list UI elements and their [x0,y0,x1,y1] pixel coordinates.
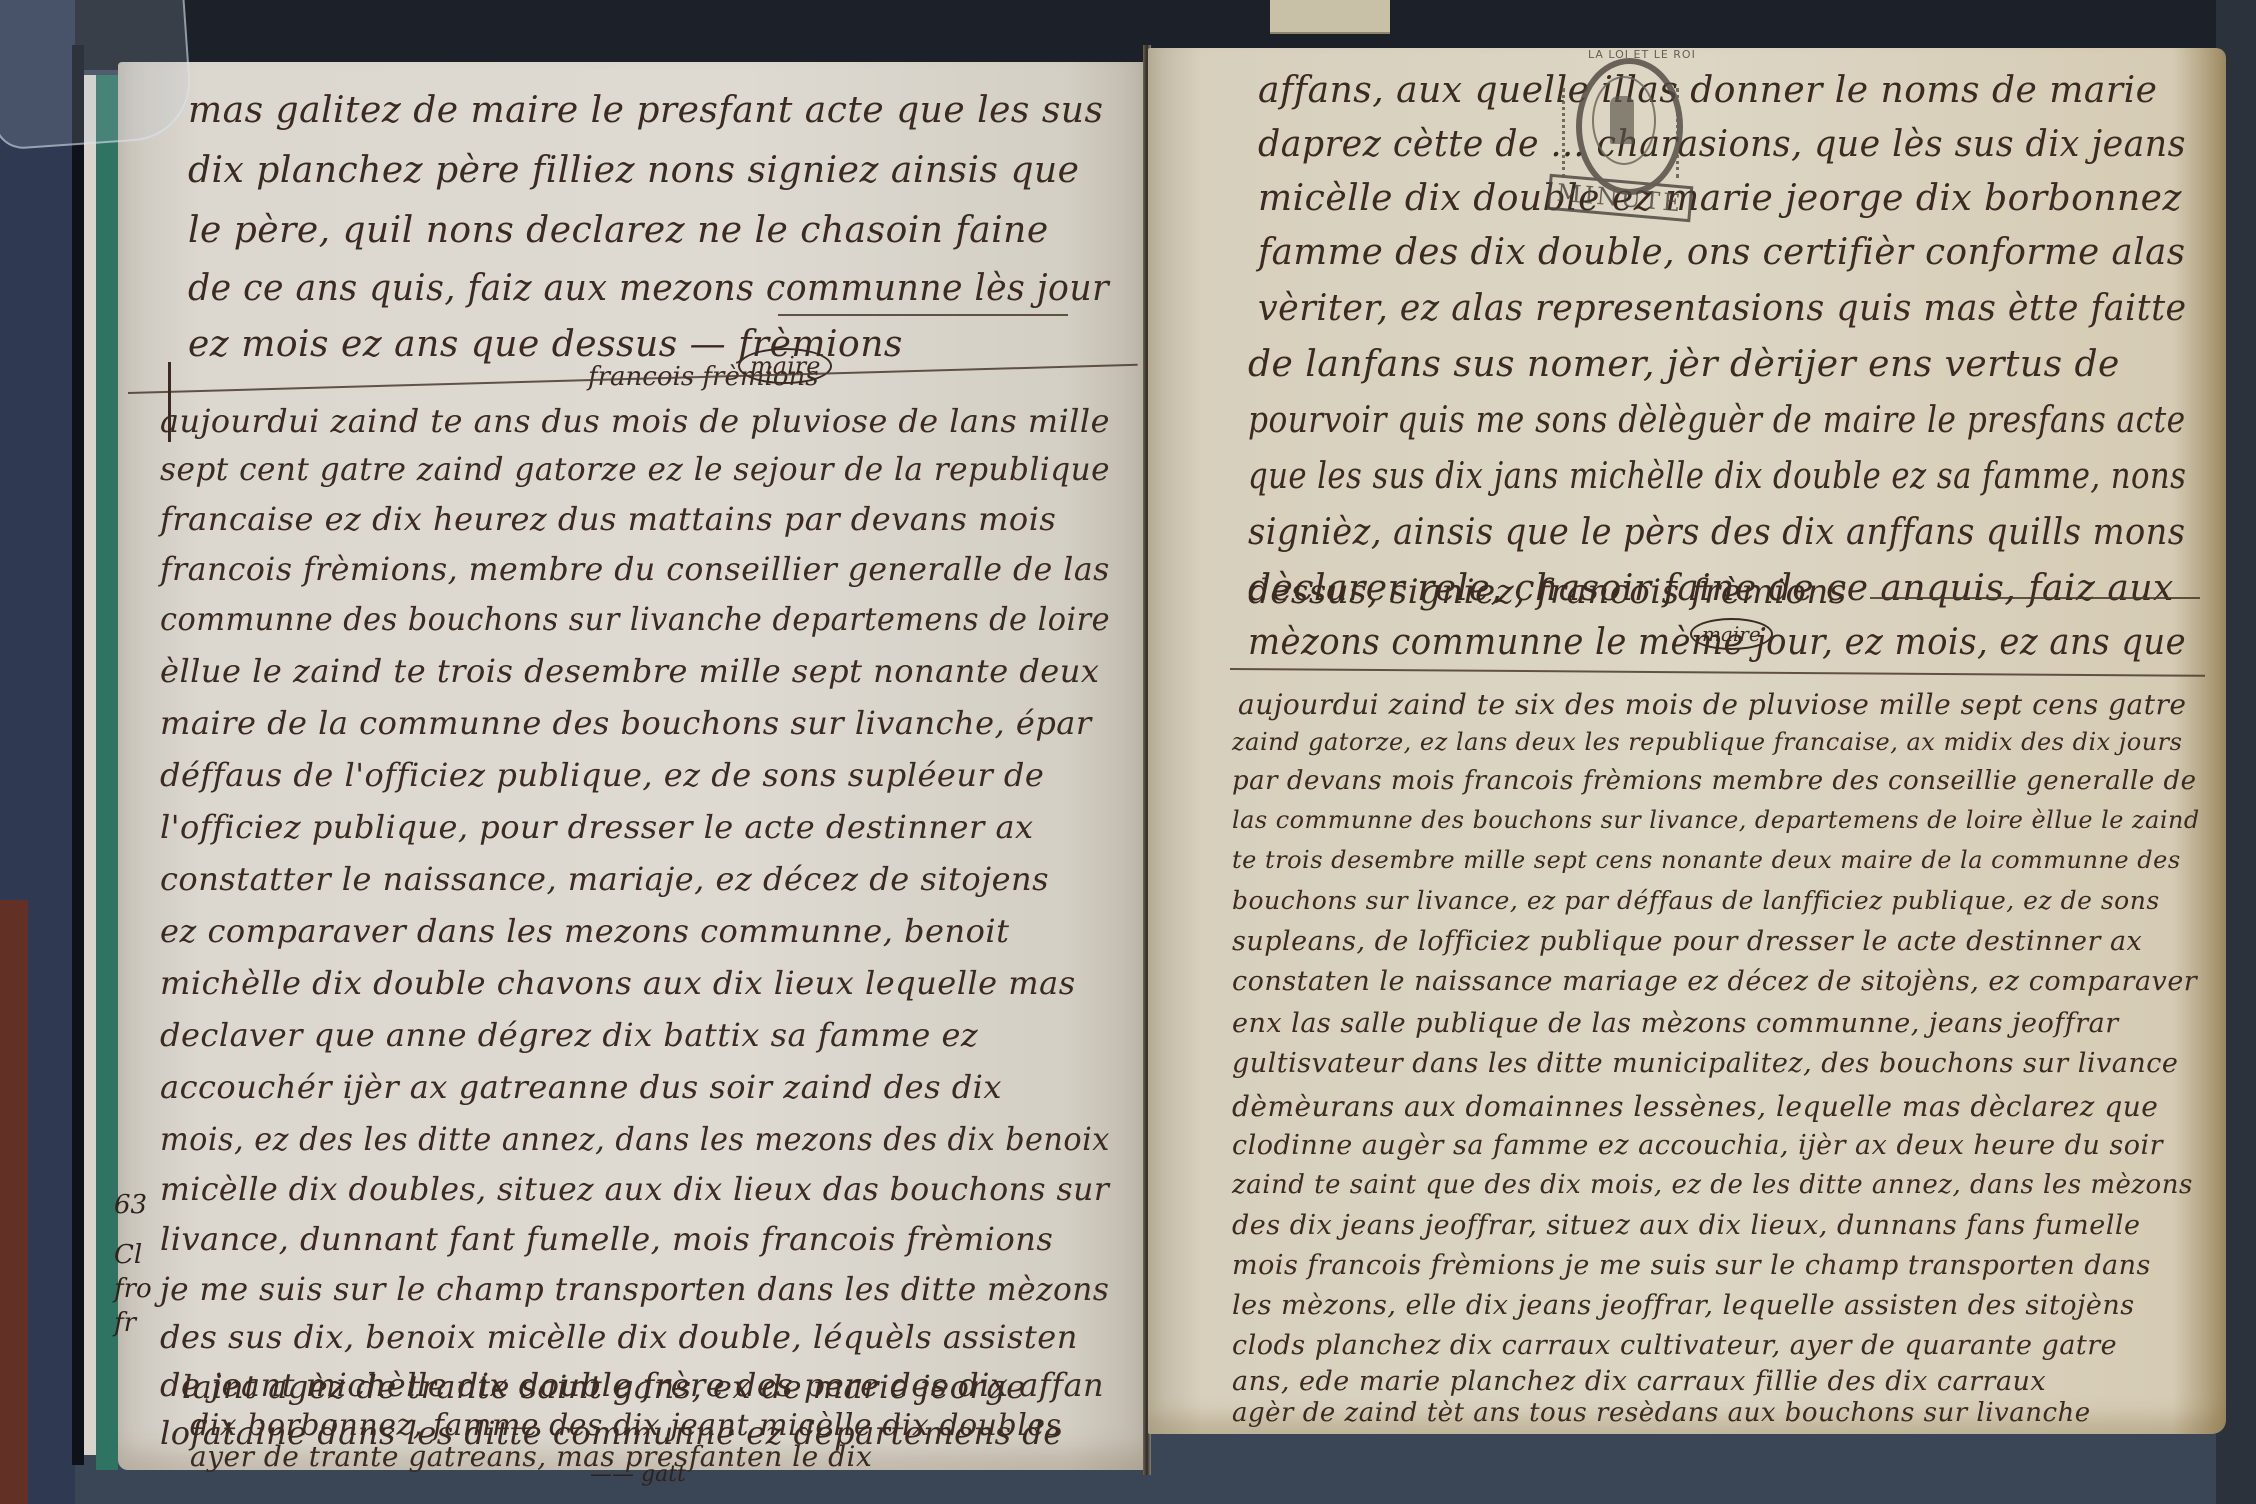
text-line: dix borbonnez, famme des dix jeant micèl… [190,1408,1061,1443]
text-line: constaten le naissance mariage ez décez … [1232,966,2197,997]
text-line: bouchons sur livance, ez par déffaus de … [1232,886,2160,915]
board-edge [72,45,84,1465]
text-line: zaind te saint que des dix mois, ez de l… [1232,1170,2193,1200]
text-line: signièz, ainsis que le pèrs des dix anff… [1248,512,2186,553]
text-line: pourvoir quis me sons dèlèguèr de maire … [1248,400,2186,441]
text-line: las communne des bouchons sur livance, d… [1232,806,2200,834]
official-stamp: LA LOI ET LE ROI MINUTE [1548,48,1698,223]
text-line: micèlle dix double ez marie jeorge dix b… [1258,178,2182,219]
text-line: supleans, de lofficiez publique pour dre… [1232,926,2142,957]
cover-board-red-edge [0,900,28,1504]
divider-line [1870,597,2200,599]
text-line: dessus, signiez, francois frèmions [1248,572,1847,612]
left-page-continuation [118,62,1150,1470]
text-line: les mèzons, elle dix jeans jeoffrar, leq… [1232,1290,2135,1321]
text-line: aujourdui zaind te six des mois de pluvi… [1238,688,2186,721]
text-line: de lanfans sus nomer, jèr dèrijer ens ve… [1248,344,2120,385]
text-line: ayer de trante gatreans, mas presfanten … [190,1440,872,1473]
seated-figure-icon [1610,96,1634,144]
plastic-page-clip [0,0,194,151]
stamp-label: MINUTE [1547,174,1694,222]
text-line: dèmèurans aux domainnes lessènes, lequel… [1232,1090,2158,1123]
text-line: vèriter, ez alas representasions quis ma… [1258,288,2187,329]
text-line: te trois desembre mille sept cens nonant… [1232,846,2181,874]
bottom-edge-fragment: —— gatt [590,1462,686,1487]
text-line: ans, ede marie planchez dix carraux fill… [1232,1366,2046,1397]
text-line: agèr de zaind tèt ans tous resèdans aux … [1232,1398,2091,1428]
text-line: que les sus dix jans michèlle dix double… [1248,456,2186,497]
text-line: zaind gatorze, ez lans deux les republiq… [1232,728,2182,756]
text-line: affans, aux quelle illas donner le noms … [1258,70,2157,111]
bookmark-ribbon [1270,0,1390,34]
text-line: clodinne augèr sa famme ez accouchia, ij… [1232,1130,2163,1161]
text-line: daprez cètte de ... charasions, que lès … [1258,124,2186,165]
text-line: par devans mois francois frèmions membre… [1232,766,2197,796]
text-line: clods planchez dix carraux cultivateur, … [1232,1330,2117,1361]
text-line: des dix jeans jeoffrar, situez aux dix l… [1232,1210,2140,1241]
text-line: mois francois frèmions je me suis sur le… [1232,1250,2151,1281]
laurel-left-icon [1562,88,1575,178]
text-line: famme des dix double, ons certifièr conf… [1258,232,2186,273]
text-line: enx las salle publique de las mèzons com… [1232,1008,2119,1039]
text-line: gultisvateur dans les ditte municipalite… [1232,1048,2178,1079]
text-line: laint agèz de trante saint gans, ex de m… [182,1368,1026,1406]
signature-title: maire [1690,618,1773,650]
binding-white-strip [84,75,96,1455]
